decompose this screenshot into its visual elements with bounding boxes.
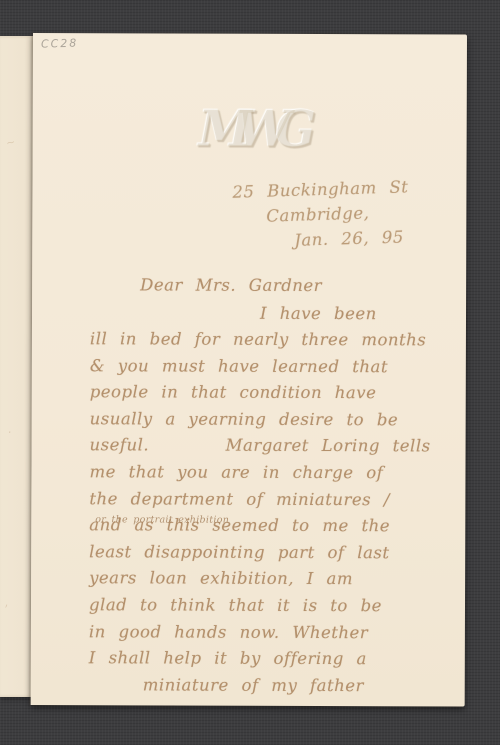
folded-second-leaf-edge: ~ · , (0, 36, 35, 697)
body-line: people in that condition have (90, 382, 462, 410)
interlined-insertion: or the portrait exhibition (95, 514, 229, 525)
body-line: glad to think that it is to be (89, 595, 461, 623)
ink-bleed-mark: · (7, 426, 13, 439)
body-line: useful. Margaret Loring tells (90, 436, 462, 464)
body-line: the department of miniatures / (89, 489, 461, 517)
body-line: me that you are in charge of (89, 462, 461, 490)
letter-photograph: ~ · , CC28 MWG 25 Buckingham St Cambridg… (0, 0, 500, 745)
salutation: Dear Mrs. Gardner (140, 277, 322, 294)
body-line: & you must have learned that (90, 356, 462, 384)
body-line: miniature of my father (89, 675, 461, 703)
ink-bleed-mark: ~ (5, 135, 17, 150)
address-line-1: 25 Buckingham St (232, 179, 408, 201)
embossed-monogram: MWG (199, 100, 302, 159)
body-line: least disappointing part of last (89, 542, 461, 570)
letter-page: CC28 MWG 25 Buckingham St Cambridge, Jan… (31, 33, 467, 707)
opening-line: I have been (260, 306, 377, 323)
body-line: I shall help it by offering a (89, 648, 461, 676)
catalog-pencil-mark: CC28 (41, 37, 79, 51)
body-line: years loan exhibition, I am (89, 569, 461, 597)
body-line: ill in bed for nearly three months (90, 329, 462, 357)
body-line: usually a yearning desire to be (90, 409, 462, 437)
date-line: Jan. 26, 95 (294, 229, 404, 249)
body-line: in good hands now. Whether (89, 622, 461, 650)
address-line-2: Cambridge, (266, 205, 369, 225)
ink-bleed-mark: , (3, 596, 9, 609)
